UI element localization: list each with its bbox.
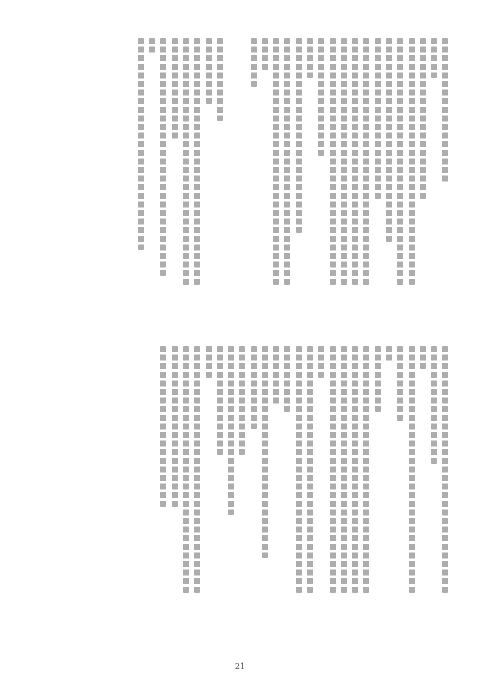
text-line-placeholder [386, 346, 392, 361]
text-column [384, 38, 393, 328]
text-line-placeholder [341, 346, 347, 593]
text-line-placeholder [375, 346, 381, 412]
text-column [215, 346, 224, 642]
text-line-placeholder [386, 38, 392, 242]
text-column [238, 38, 247, 328]
text-line-placeholder [160, 346, 166, 507]
text-line-placeholder [307, 38, 313, 78]
text-column [339, 38, 348, 328]
text-line-placeholder [262, 346, 268, 558]
text-column [294, 346, 303, 642]
text-column [396, 346, 405, 642]
text-column [396, 38, 405, 328]
text-column [170, 346, 179, 642]
text-line-placeholder [149, 38, 155, 53]
text-line-placeholder [363, 346, 369, 593]
text-column [407, 38, 416, 328]
text-line-placeholder [442, 38, 448, 182]
text-line-placeholder [217, 38, 223, 121]
text-line-placeholder [296, 346, 302, 593]
text-column [384, 346, 393, 642]
text-column [226, 346, 235, 642]
text-line-placeholder [273, 38, 279, 285]
text-line-placeholder [251, 346, 257, 429]
text-column [283, 346, 292, 642]
text-column [305, 38, 314, 328]
text-column [215, 38, 224, 328]
text-column [204, 346, 213, 642]
text-line-placeholder [228, 346, 234, 515]
text-column [204, 38, 213, 328]
text-column [238, 346, 247, 642]
text-line-placeholder [375, 38, 381, 199]
text-line-placeholder [420, 38, 426, 199]
text-line-placeholder [206, 38, 212, 104]
text-line-placeholder [251, 38, 257, 87]
text-column [430, 38, 439, 328]
text-tier-bottom [40, 346, 450, 642]
text-tier-top [40, 38, 450, 328]
text-line-placeholder [172, 38, 178, 139]
text-line-placeholder [262, 38, 268, 70]
text-column [294, 38, 303, 328]
text-line-placeholder [206, 346, 212, 378]
text-column [170, 38, 179, 328]
text-column [362, 346, 371, 642]
text-line-placeholder [183, 346, 189, 593]
text-line-placeholder [352, 346, 358, 593]
text-line-placeholder [397, 346, 403, 421]
text-line-placeholder [284, 346, 290, 412]
text-line-placeholder [409, 346, 415, 593]
text-line-placeholder [409, 38, 415, 285]
text-line-placeholder [341, 38, 347, 285]
text-column [305, 346, 314, 642]
text-column [418, 346, 427, 642]
text-line-placeholder [183, 38, 189, 285]
text-line-placeholder [397, 38, 403, 285]
text-line-placeholder [352, 38, 358, 285]
text-column [181, 38, 190, 328]
text-line-placeholder [138, 38, 144, 250]
text-line-placeholder [273, 346, 279, 404]
text-column [272, 38, 281, 328]
text-column [260, 38, 269, 328]
text-line-placeholder [431, 346, 437, 464]
text-column [373, 38, 382, 328]
text-line-placeholder [330, 38, 336, 285]
text-column [351, 38, 360, 328]
text-line-placeholder [431, 38, 437, 78]
text-line-placeholder [194, 346, 200, 593]
text-column [159, 38, 168, 328]
text-column [181, 346, 190, 642]
page-number: 21 [0, 662, 480, 671]
text-column [362, 38, 371, 328]
text-line-placeholder [318, 38, 324, 156]
text-column [373, 346, 382, 642]
text-column [407, 346, 416, 642]
text-line-placeholder [420, 346, 426, 369]
text-column [339, 346, 348, 642]
text-line-placeholder [217, 346, 223, 455]
text-column [317, 346, 326, 642]
text-line-placeholder [330, 346, 336, 593]
text-line-placeholder [172, 346, 178, 507]
text-line-placeholder [363, 38, 369, 285]
text-column [418, 38, 427, 328]
text-line-placeholder [194, 38, 200, 285]
text-column [249, 346, 258, 642]
text-column [441, 346, 450, 642]
text-column [193, 38, 202, 328]
text-column [193, 346, 202, 642]
text-column [159, 346, 168, 642]
text-column [148, 38, 157, 328]
text-line-placeholder [307, 346, 313, 593]
text-line-placeholder [284, 38, 290, 285]
text-column [226, 38, 235, 328]
text-line-placeholder [239, 346, 245, 455]
text-column [430, 346, 439, 642]
text-column [136, 38, 145, 328]
text-column [328, 346, 337, 642]
text-column [283, 38, 292, 328]
text-column [351, 346, 360, 642]
text-column [441, 38, 450, 328]
text-line-placeholder [318, 346, 324, 378]
text-column [317, 38, 326, 328]
text-column [249, 38, 258, 328]
text-line-placeholder [296, 38, 302, 233]
text-column [272, 346, 281, 642]
text-column [328, 38, 337, 328]
text-column [260, 346, 269, 642]
text-line-placeholder [442, 346, 448, 593]
text-line-placeholder [160, 38, 166, 276]
